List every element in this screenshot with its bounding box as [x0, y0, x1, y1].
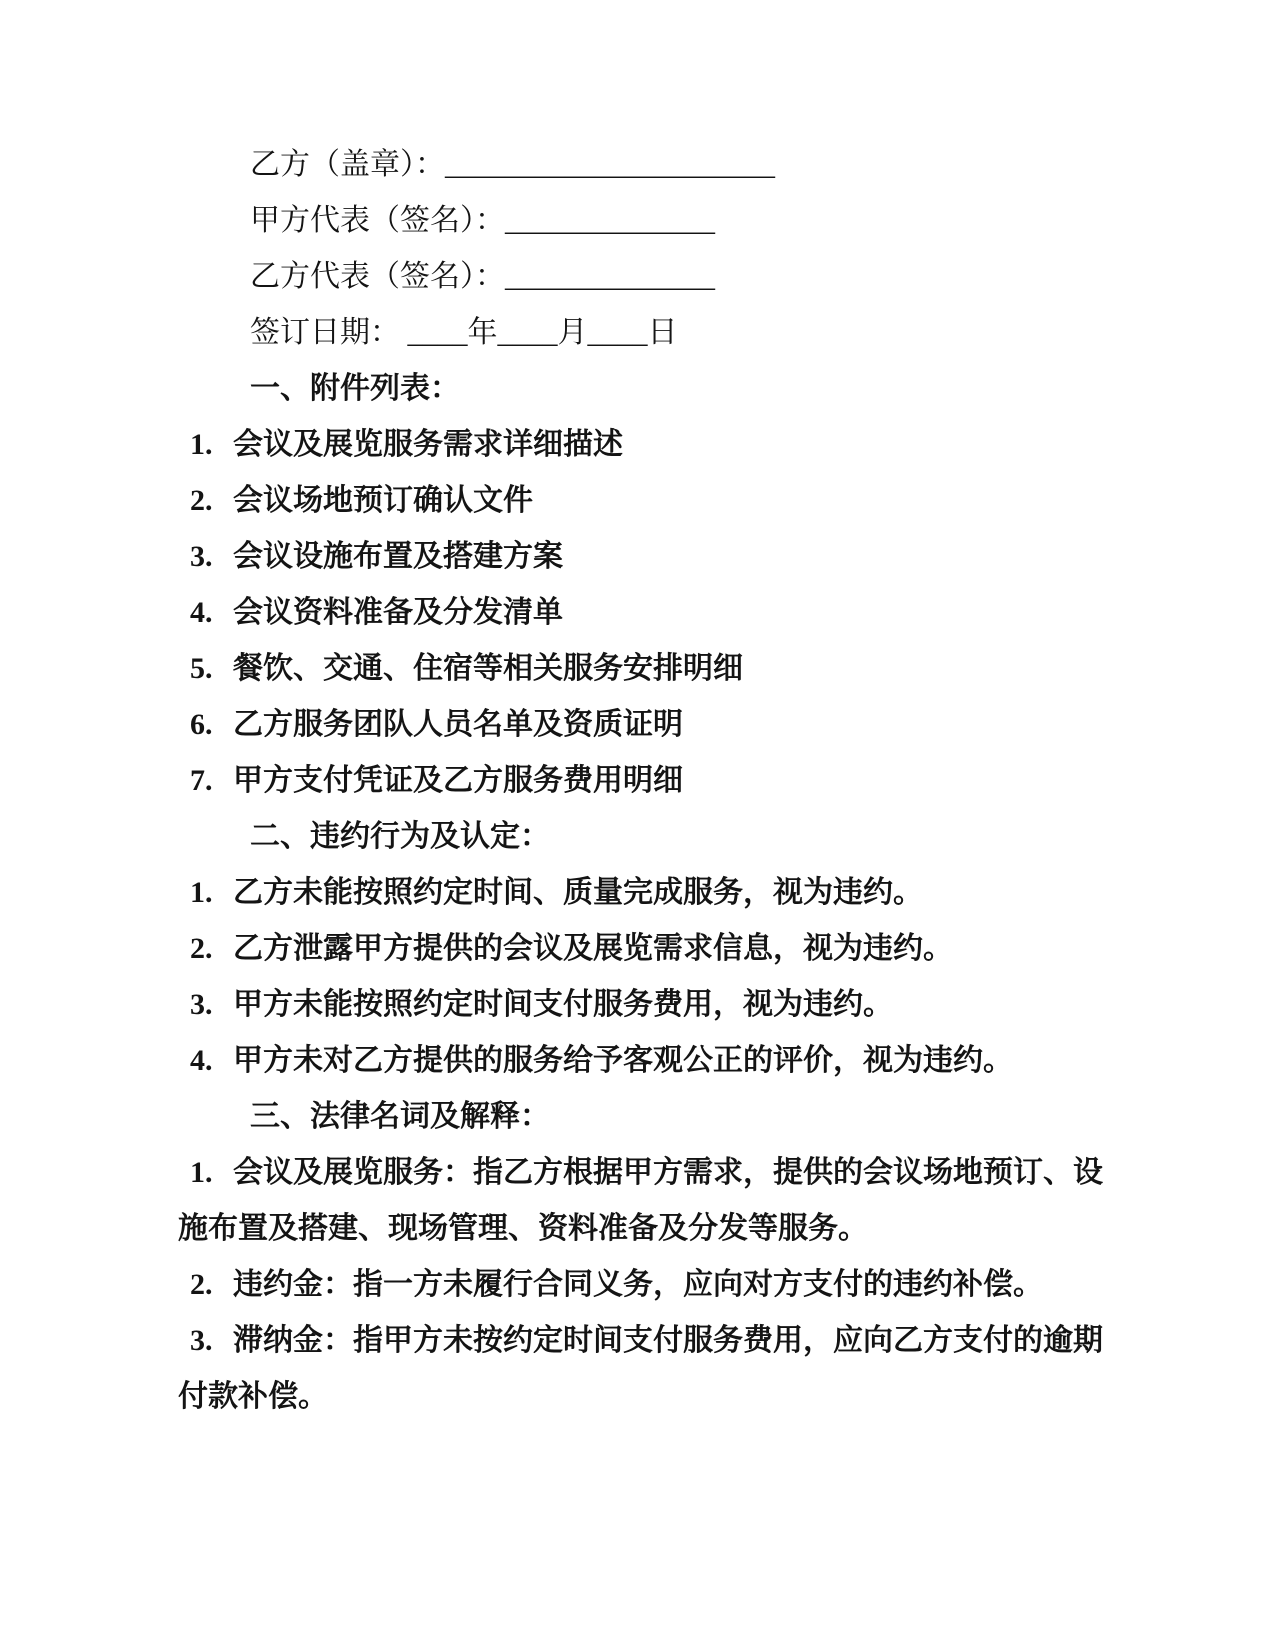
date-unit-year: 年: [468, 316, 498, 349]
item-number: 6.: [190, 697, 233, 753]
contract-content: 乙方（盖章）：______________________ 甲方代表（签名）：_…: [178, 137, 1103, 1425]
item-text: 餐饮、交通、住宿等相关服务安排明细: [233, 652, 743, 685]
date-label: 签订日期：: [250, 316, 400, 349]
attachment-item-6: 6.乙方服务团队人员名单及资质证明: [178, 697, 1103, 753]
signature-blank: ______________________: [445, 148, 775, 181]
item-number: 1.: [190, 1145, 233, 1201]
date-blank-month: ____: [498, 316, 558, 349]
legal-term-item-1: 1.会议及展览服务：指乙方根据甲方需求，提供的会议场地预订、设施布置及搭建、现场…: [178, 1145, 1103, 1257]
item-number: 3.: [190, 1313, 233, 1369]
item-text: 甲方未能按照约定时间支付服务费用，视为违约。: [233, 988, 893, 1021]
date-blank-day: ____: [588, 316, 648, 349]
breach-item-4: 4.甲方未对乙方提供的服务给予客观公正的评价，视为违约。: [178, 1033, 1103, 1089]
item-text: 违约金：指一方未履行合同义务，应向对方支付的违约补偿。: [233, 1268, 1043, 1301]
item-text: 甲方支付凭证及乙方服务费用明细: [233, 764, 683, 797]
attachment-item-7: 7.甲方支付凭证及乙方服务费用明细: [178, 753, 1103, 809]
date-unit-day: 日: [648, 316, 678, 349]
item-number: 3.: [190, 529, 233, 585]
signature-label: 乙方代表（签名）：: [250, 260, 505, 293]
item-number: 3.: [190, 977, 233, 1033]
date-blank-year: ____: [400, 316, 468, 349]
attachment-item-2: 2.会议场地预订确认文件: [178, 473, 1103, 529]
breach-item-1: 1.乙方未能按照约定时间、质量完成服务，视为违约。: [178, 865, 1103, 921]
item-number: 2.: [190, 921, 233, 977]
signature-line-party-b-rep: 乙方代表（签名）：______________: [178, 249, 1103, 305]
attachment-item-3: 3.会议设施布置及搭建方案: [178, 529, 1103, 585]
signature-blank: ______________: [505, 260, 715, 293]
item-text: 乙方服务团队人员名单及资质证明: [233, 708, 683, 741]
item-text: 会议及展览服务：指乙方根据甲方需求，提供的会议场地预订、设施布置及搭建、现场管理…: [178, 1156, 1103, 1245]
date-line: 签订日期： ____年____月____日: [178, 305, 1103, 361]
item-number: 1.: [190, 865, 233, 921]
legal-term-item-2: 2.违约金：指一方未履行合同义务，应向对方支付的违约补偿。: [178, 1257, 1103, 1313]
attachment-item-5: 5.餐饮、交通、住宿等相关服务安排明细: [178, 641, 1103, 697]
item-number: 1.: [190, 417, 233, 473]
attachment-item-4: 4.会议资料准备及分发清单: [178, 585, 1103, 641]
signature-blank: ______________: [505, 204, 715, 237]
item-text: 会议设施布置及搭建方案: [233, 540, 563, 573]
breach-item-3: 3.甲方未能按照约定时间支付服务费用，视为违约。: [178, 977, 1103, 1033]
item-text: 会议场地预订确认文件: [233, 484, 533, 517]
attachment-item-1: 1.会议及展览服务需求详细描述: [178, 417, 1103, 473]
item-number: 4.: [190, 585, 233, 641]
item-text: 会议资料准备及分发清单: [233, 596, 563, 629]
legal-term-item-3: 3.滞纳金：指甲方未按约定时间支付服务费用，应向乙方支付的逾期付款补偿。: [178, 1313, 1103, 1425]
item-text: 滞纳金：指甲方未按约定时间支付服务费用，应向乙方支付的逾期付款补偿。: [178, 1324, 1103, 1413]
section-1-heading: 一、附件列表：: [178, 361, 1103, 417]
item-number: 5.: [190, 641, 233, 697]
date-unit-month: 月: [558, 316, 588, 349]
item-number: 7.: [190, 753, 233, 809]
signature-line-party-b-seal: 乙方（盖章）：______________________: [178, 137, 1103, 193]
item-text: 甲方未对乙方提供的服务给予客观公正的评价，视为违约。: [233, 1044, 1013, 1077]
item-text: 乙方未能按照约定时间、质量完成服务，视为违约。: [233, 876, 923, 909]
item-number: 2.: [190, 473, 233, 529]
signature-line-party-a-rep: 甲方代表（签名）：______________: [178, 193, 1103, 249]
item-number: 2.: [190, 1257, 233, 1313]
item-text: 会议及展览服务需求详细描述: [233, 428, 623, 461]
contract-document-page: 乙方（盖章）：______________________ 甲方代表（签名）：_…: [0, 0, 1275, 1650]
signature-label: 甲方代表（签名）：: [250, 204, 505, 237]
section-3-heading: 三、法律名词及解释：: [178, 1089, 1103, 1145]
signature-label: 乙方（盖章）：: [250, 148, 445, 181]
item-text: 乙方泄露甲方提供的会议及展览需求信息，视为违约。: [233, 932, 953, 965]
item-number: 4.: [190, 1033, 233, 1089]
section-2-heading: 二、违约行为及认定：: [178, 809, 1103, 865]
breach-item-2: 2.乙方泄露甲方提供的会议及展览需求信息，视为违约。: [178, 921, 1103, 977]
